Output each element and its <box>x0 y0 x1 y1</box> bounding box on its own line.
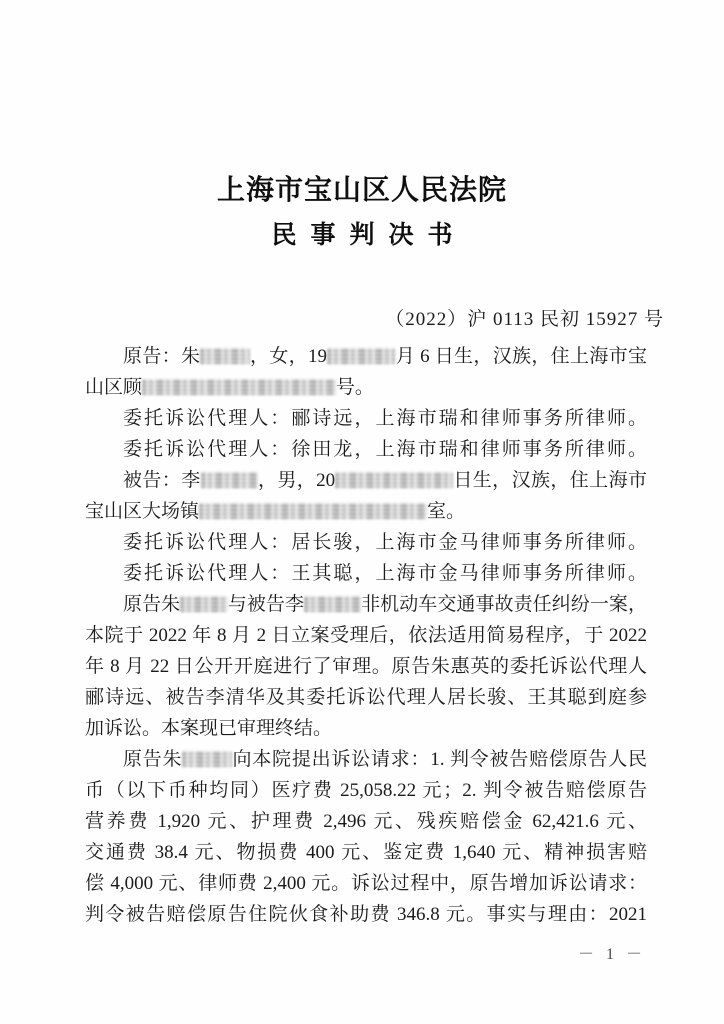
redacted-text <box>201 472 258 488</box>
text-segment: 原告朱 <box>123 749 182 770</box>
redacted-text <box>182 751 231 767</box>
text-segment: 号。 <box>336 377 374 398</box>
text-segment: 原告朱 <box>123 594 180 615</box>
redacted-text <box>200 348 249 364</box>
text-segment: ，女，19 <box>250 346 327 367</box>
text-segment: 日生，汉族，住上海市 <box>453 470 647 491</box>
body-line: 加诉讼。本案现已审理终结。 <box>85 713 647 744</box>
body-line: 郦诗远、被告李清华及其委托诉讼代理人居长骏、王其聪到庭参 <box>85 682 647 713</box>
redacted-text <box>199 503 427 519</box>
body-line: 原告朱向本院提出诉讼请求：1. 判令被告赔偿原告人民 <box>85 744 647 775</box>
body-line: 判令被告赔偿原告住院伙食补助费 346.8 元。事实与理由：2021 <box>85 899 647 930</box>
text-segment: 年 8 月 22 日公开开庭进行了审理。原告朱惠英的委托诉讼代理人 <box>85 656 647 677</box>
judgment-document-page: 上海市宝山区人民法院 民事判决书 （2022）沪 0113 民初 15927 号… <box>0 0 724 1024</box>
redacted-text <box>304 596 361 612</box>
text-segment: 郦诗远、被告李清华及其委托诉讼代理人居长骏、王其聪到庭参 <box>85 687 647 708</box>
body-line: 宝山区大场镇室。 <box>85 496 647 527</box>
body-line: 原告朱与被告李非机动车交通事故责任纠纷一案， <box>85 589 647 620</box>
redacted-text <box>180 596 228 612</box>
text-segment: 交通费 38.4 元、物损费 400 元、鉴定费 1,640 元、精神损害赔 <box>85 842 647 863</box>
text-segment: 委托诉讼代理人：居长骏，上海市金马律师事务所律师。 <box>123 532 647 553</box>
redacted-text <box>327 348 395 364</box>
body-line: 委托诉讼代理人：徐田龙，上海市瑞和律师事务所律师。 <box>85 434 647 465</box>
body-line: 年 8 月 22 日公开开庭进行了审理。原告朱惠英的委托诉讼代理人 <box>85 651 647 682</box>
text-segment: 月 6 日生，汉族，住上海市宝 <box>395 346 647 367</box>
body-line: 本院于 2022 年 8 月 2 日立案受理后，依法适用简易程序，于 2022 <box>85 620 647 651</box>
text-segment: 加诉讼。本案现已审理终结。 <box>85 718 332 739</box>
text-segment: 偿 4,000 元、律师费 2,400 元。诉讼过程中，原告增加诉讼请求： <box>85 873 647 894</box>
text-segment: 委托诉讼代理人：郦诗远，上海市瑞和律师事务所律师。 <box>123 408 647 429</box>
redacted-text <box>335 472 453 488</box>
body-line: 原告：朱，女，19月 6 日生，汉族，住上海市宝 <box>85 341 647 372</box>
body-line: 委托诉讼代理人：居长骏，上海市金马律师事务所律师。 <box>85 527 647 558</box>
page-number: － 1 － <box>578 941 646 964</box>
body-line: 委托诉讼代理人：王其聪，上海市金马律师事务所律师。 <box>85 558 647 589</box>
body-line: 偿 4,000 元、律师费 2,400 元。诉讼过程中，原告增加诉讼请求： <box>85 868 647 899</box>
text-segment: 币（以下币种均同）医疗费 25,058.22 元；2. 判令被告赔偿原告 <box>85 780 647 801</box>
text-segment: 与被告李 <box>228 594 304 615</box>
case-number: （2022）沪 0113 民初 15927 号 <box>0 304 724 331</box>
text-segment: 山区顾 <box>85 377 142 398</box>
document-type-title: 民事判决书 <box>0 215 724 251</box>
text-segment: 室。 <box>427 501 465 522</box>
text-segment: 原告：朱 <box>123 346 200 367</box>
redacted-text <box>142 379 336 395</box>
text-segment: 向本院提出诉讼请求：1. 判令被告赔偿原告人民 <box>232 749 647 770</box>
text-segment: 委托诉讼代理人：徐田龙，上海市瑞和律师事务所律师。 <box>123 439 647 460</box>
text-segment: 本院于 2022 年 8 月 2 日立案受理后，依法适用简易程序，于 2022 <box>85 625 647 646</box>
court-name: 上海市宝山区人民法院 <box>0 168 724 208</box>
body-line: 被告：李，男，20日生，汉族，住上海市 <box>85 465 647 496</box>
text-segment: 被告：李 <box>123 470 201 491</box>
text-segment: 判令被告赔偿原告住院伙食补助费 346.8 元。事实与理由：2021 <box>85 904 647 925</box>
body-line: 营养费 1,920 元、护理费 2,496 元、残疾赔偿金 62,421.6 元… <box>85 806 647 837</box>
document-body: 原告：朱，女，19月 6 日生，汉族，住上海市宝山区顾号。委托诉讼代理人：郦诗远… <box>85 341 647 930</box>
text-segment: ，男，20 <box>258 470 336 491</box>
body-line: 山区顾号。 <box>85 372 647 403</box>
text-segment: 非机动车交通事故责任纠纷一案， <box>361 594 647 615</box>
text-segment: 宝山区大场镇 <box>85 501 199 522</box>
body-line: 币（以下币种均同）医疗费 25,058.22 元；2. 判令被告赔偿原告 <box>85 775 647 806</box>
body-line: 委托诉讼代理人：郦诗远，上海市瑞和律师事务所律师。 <box>85 403 647 434</box>
text-segment: 营养费 1,920 元、护理费 2,496 元、残疾赔偿金 62,421.6 元… <box>85 811 647 832</box>
body-line: 交通费 38.4 元、物损费 400 元、鉴定费 1,640 元、精神损害赔 <box>85 837 647 868</box>
text-segment: 委托诉讼代理人：王其聪，上海市金马律师事务所律师。 <box>123 563 647 584</box>
